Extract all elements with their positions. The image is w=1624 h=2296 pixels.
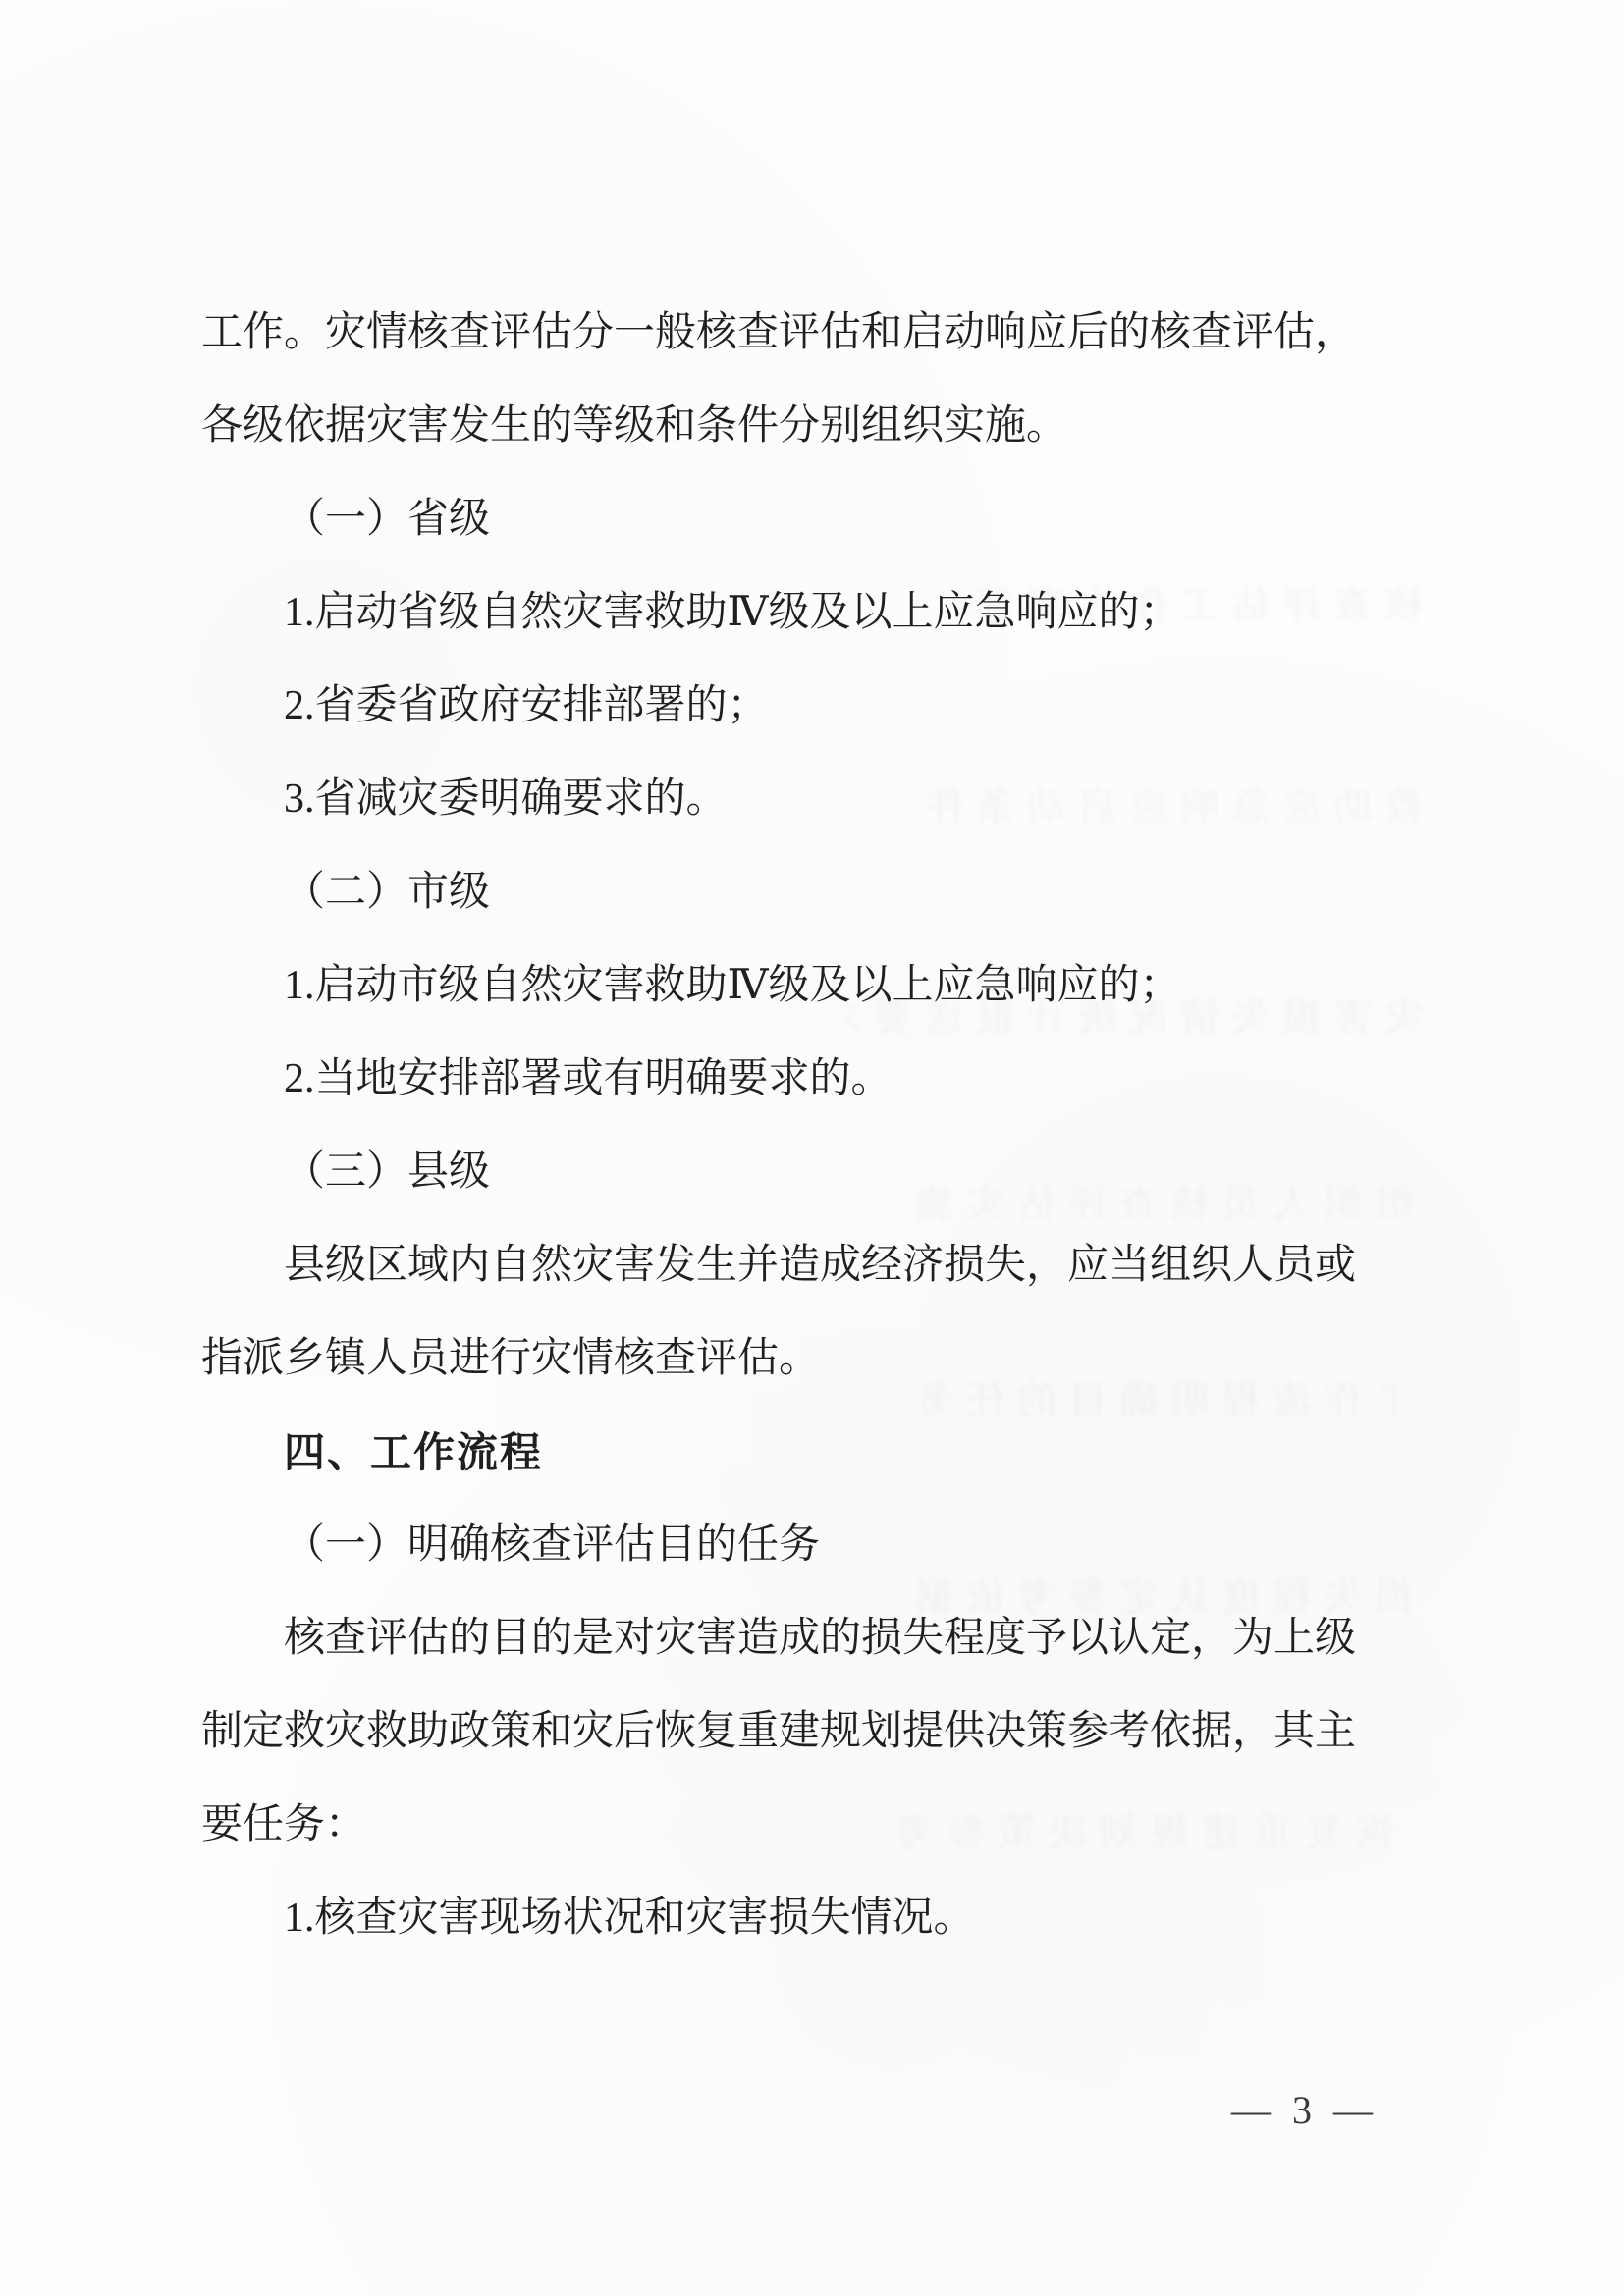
- item-provincial-3: 3.省减灾委明确要求的。: [201, 753, 1356, 846]
- item-provincial-1: 1.启动省级自然灾害救助Ⅳ级及以上应急响应的；: [201, 566, 1356, 660]
- heading-city-level: （二）市级: [201, 846, 1356, 939]
- paragraph-continuation: 工作。灾情核查评估分一般核查评估和启动响应后的核查评估，各级依据灾害发生的等级和…: [201, 287, 1356, 473]
- section-heading-work-process: 四、工作流程: [201, 1406, 1356, 1499]
- item-city-1: 1.启动市级自然灾害救助Ⅳ级及以上应急响应的；: [201, 939, 1356, 1033]
- scanned-document-page: { "doc": { "paragraphs": [ { "text": "工作…: [0, 0, 1624, 2296]
- paragraph-county-detail: 县级区域内自然灾害发生并造成经济损失，应当组织人员或指派乡镇人员进行灾情核查评估…: [201, 1219, 1356, 1406]
- page-number: — 3 —: [1231, 2087, 1379, 2133]
- item-city-2: 2.当地安排部署或有明确要求的。: [201, 1033, 1356, 1126]
- heading-county-level: （三）县级: [201, 1126, 1356, 1219]
- paragraph-purpose-detail: 核查评估的目的是对灾害造成的损失程度予以认定，为上级制定救灾救助政策和灾后恢复重…: [201, 1592, 1356, 1872]
- task-item-1: 1.核查灾害现场状况和灾害损失情况。: [201, 1872, 1356, 1965]
- heading-provincial-level: （一）省级: [201, 473, 1356, 566]
- item-provincial-2: 2.省委省政府安排部署的；: [201, 660, 1356, 753]
- document-text-block: 工作。灾情核查评估分一般核查评估和启动响应后的核查评估，各级依据灾害发生的等级和…: [201, 287, 1356, 1965]
- subsection-heading-purpose-tasks: （一）明确核查评估目的任务: [201, 1499, 1356, 1592]
